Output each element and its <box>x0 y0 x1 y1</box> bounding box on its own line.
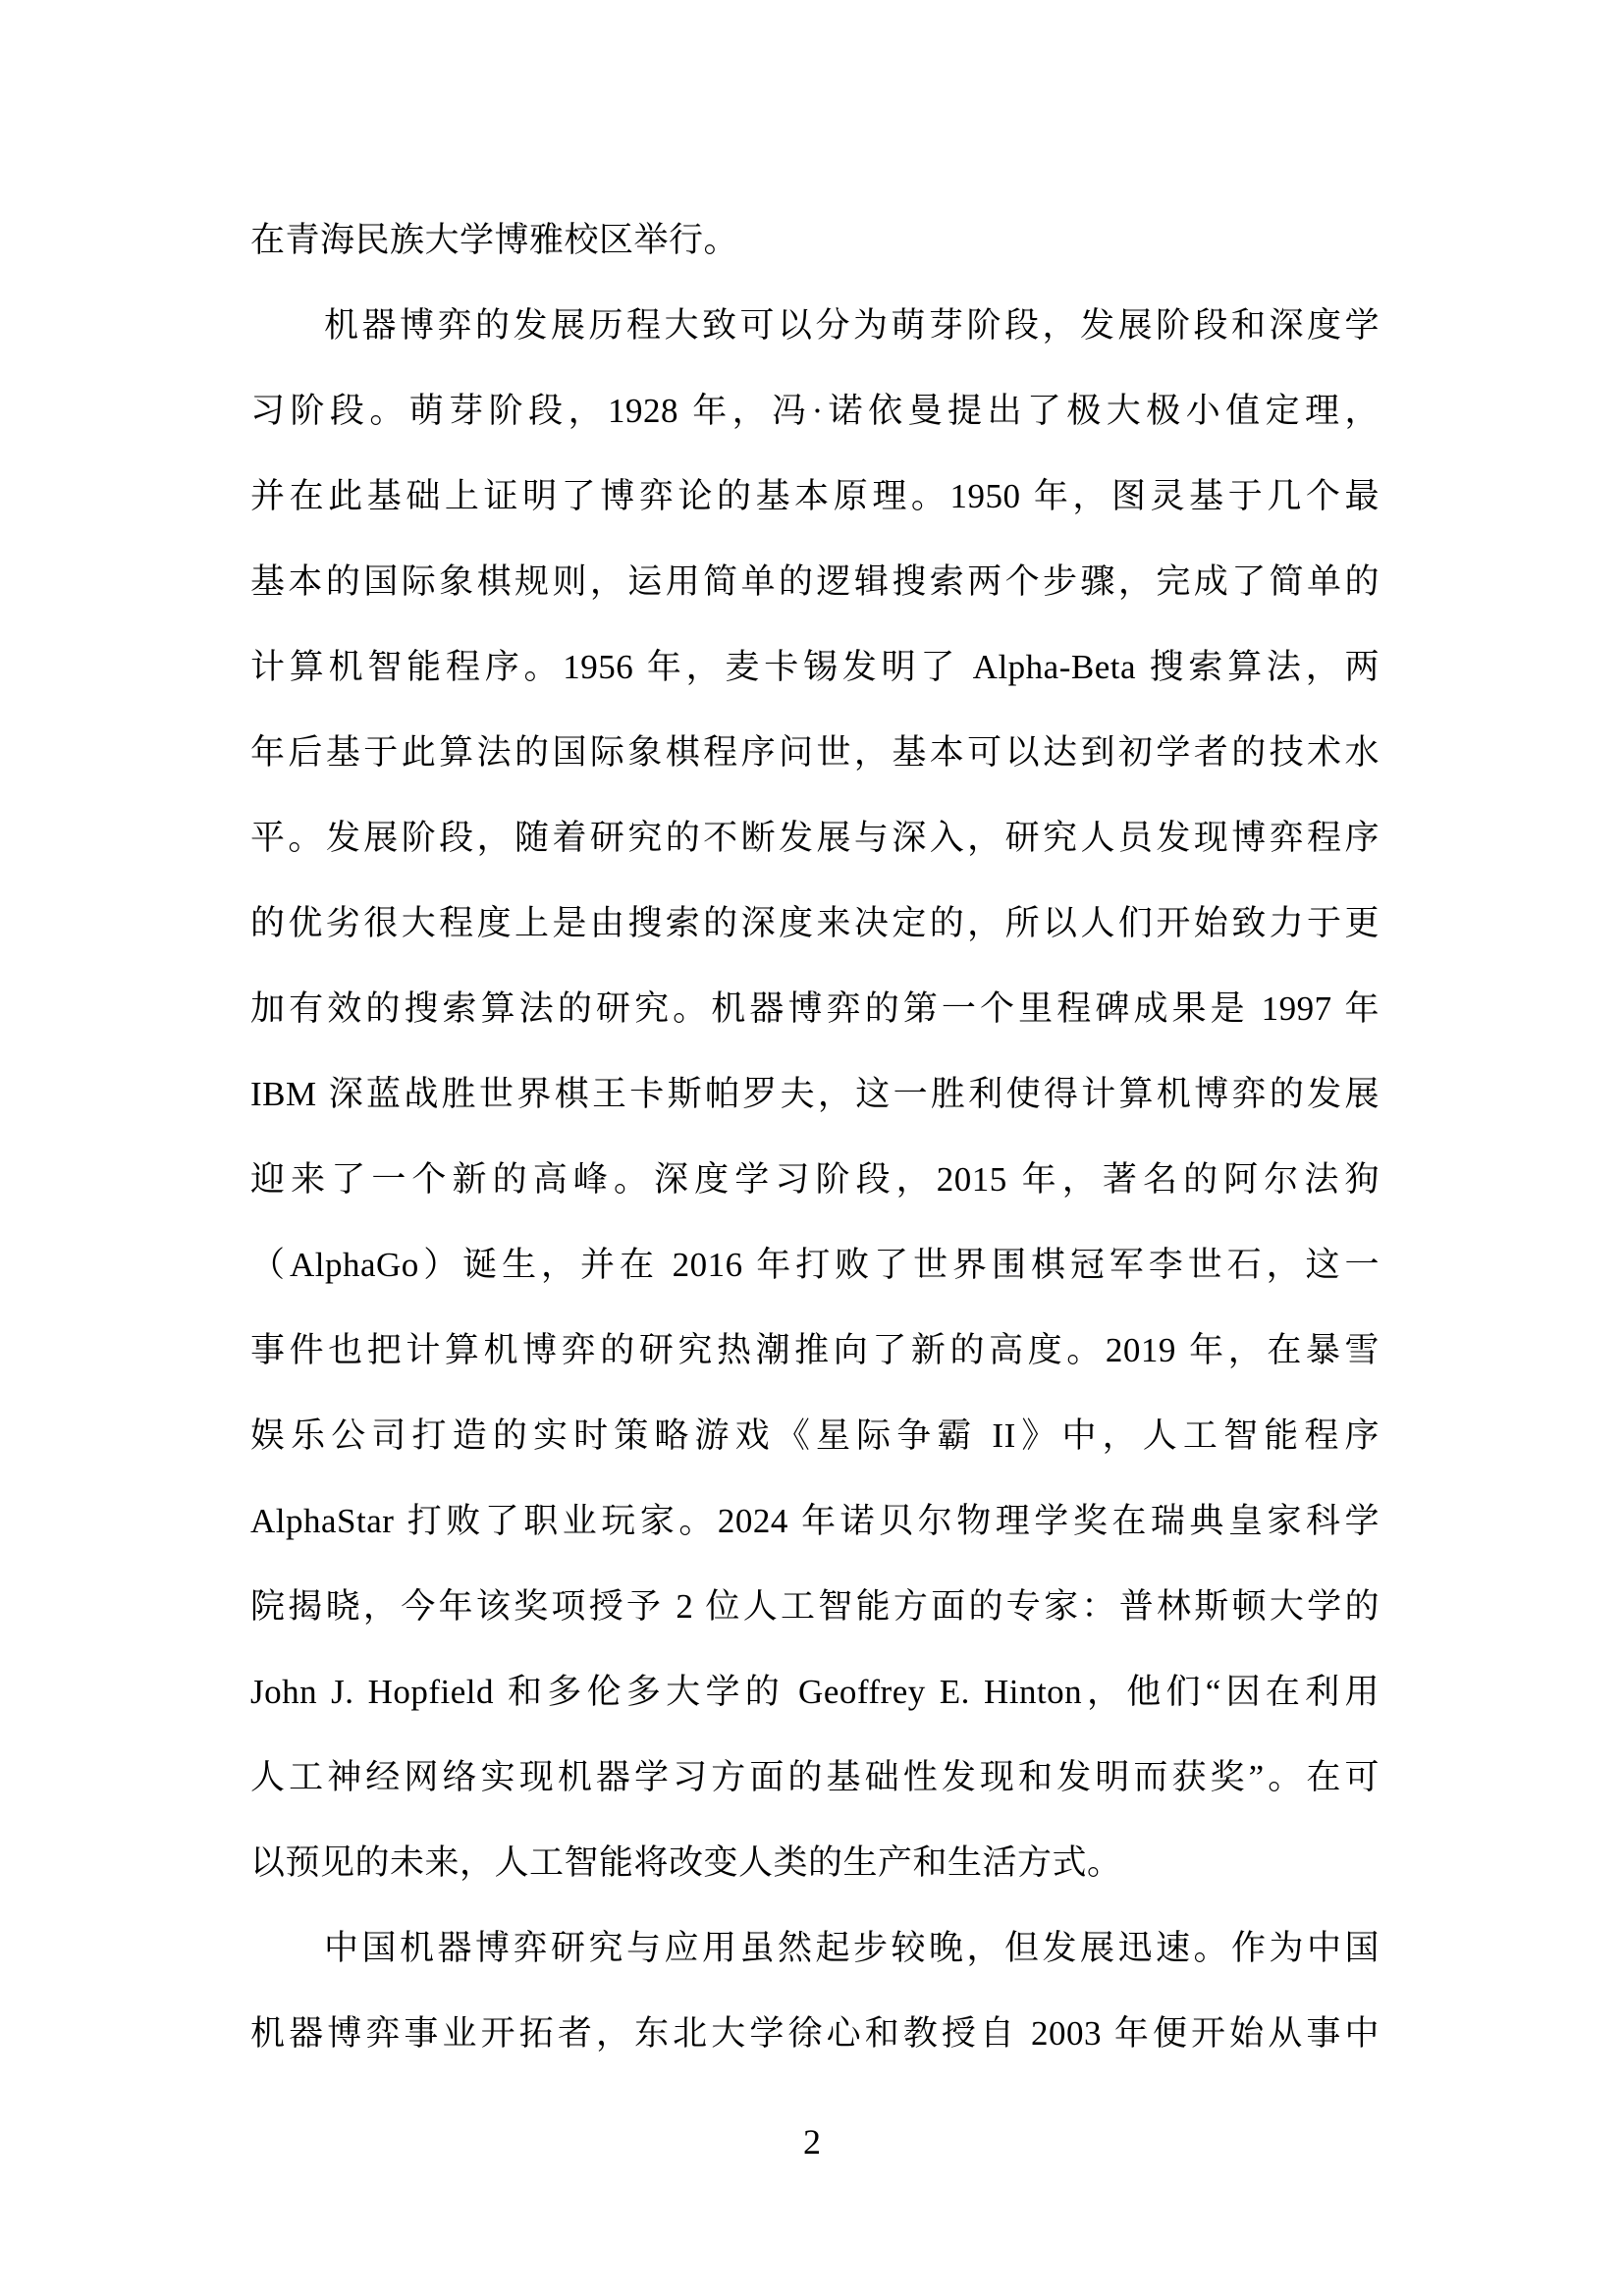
text-line: IBM 深蓝战胜世界棋王卡斯帕罗夫，这一胜利使得计算机博弈的发展 <box>250 1051 1380 1137</box>
text-line: 事件也把计算机博弈的研究热潮推向了新的高度。2019 年，在暴雪 <box>250 1308 1380 1393</box>
paragraph: 中国机器博弈研究与应用虽然起步较晚，但发展迅速。作为中国机器博弈事业开拓者，东北… <box>250 1905 1380 2076</box>
text-line: （AlphaGo）诞生，并在 2016 年打败了世界围棋冠军李世石，这一 <box>250 1222 1380 1308</box>
text-line: 基本的国际象棋规则，运用简单的逻辑搜索两个步骤，完成了简单的 <box>250 539 1380 624</box>
document-page: 在青海民族大学博雅校区举行。机器博弈的发展历程大致可以分为萌芽阶段，发展阶段和深… <box>0 0 1624 2296</box>
page-number: 2 <box>0 2100 1624 2185</box>
paragraph: 机器博弈的发展历程大致可以分为萌芽阶段，发展阶段和深度学习阶段。萌芽阶段，192… <box>250 283 1380 1905</box>
text-line: 年后基于此算法的国际象棋程序问世，基本可以达到初学者的技术水 <box>250 710 1380 795</box>
text-line: 以预见的未来，人工智能将改变人类的生产和生活方式。 <box>250 1820 1380 1905</box>
text-line: 机器博弈的发展历程大致可以分为萌芽阶段，发展阶段和深度学 <box>250 283 1380 368</box>
text-line: 并在此基础上证明了博弈论的基本原理。1950 年，图灵基于几个最 <box>250 454 1380 539</box>
text-line: 机器博弈事业开拓者，东北大学徐心和教授自 2003 年便开始从事中 <box>250 1991 1380 2076</box>
text-line: 中国机器博弈研究与应用虽然起步较晚，但发展迅速。作为中国 <box>250 1905 1380 1991</box>
text-line: 人工神经网络实现机器学习方面的基础性发现和发明而获奖”。在可 <box>250 1735 1380 1820</box>
text-line: 的优劣很大程度上是由搜索的深度来决定的，所以人们开始致力于更 <box>250 881 1380 966</box>
paragraph: 在青海民族大学博雅校区举行。 <box>250 197 1380 283</box>
text-line: AlphaStar 打败了职业玩家。2024 年诺贝尔物理学奖在瑞典皇家科学 <box>250 1478 1380 1564</box>
text-line: 娱乐公司打造的实时策略游戏《星际争霸 II》中，人工智能程序 <box>250 1393 1380 1478</box>
text-line: 平。发展阶段，随着研究的不断发展与深入，研究人员发现博弈程序 <box>250 795 1380 881</box>
text-line: 院揭晓，今年该奖项授予 2 位人工智能方面的专家：普林斯顿大学的 <box>250 1564 1380 1649</box>
text-line: 迎来了一个新的高峰。深度学习阶段，2015 年，著名的阿尔法狗 <box>250 1137 1380 1222</box>
text-line: John J. Hopfield 和多伦多大学的 Geoffrey E. Hin… <box>250 1649 1380 1735</box>
text-line: 在青海民族大学博雅校区举行。 <box>250 197 1380 283</box>
text-line: 习阶段。萌芽阶段，1928 年，冯·诺依曼提出了极大极小值定理， <box>250 368 1380 454</box>
document-text-block: 在青海民族大学博雅校区举行。机器博弈的发展历程大致可以分为萌芽阶段，发展阶段和深… <box>250 197 1380 2076</box>
text-line: 计算机智能程序。1956 年，麦卡锡发明了 Alpha-Beta 搜索算法，两 <box>250 624 1380 710</box>
text-line: 加有效的搜索算法的研究。机器博弈的第一个里程碑成果是 1997 年 <box>250 966 1380 1051</box>
